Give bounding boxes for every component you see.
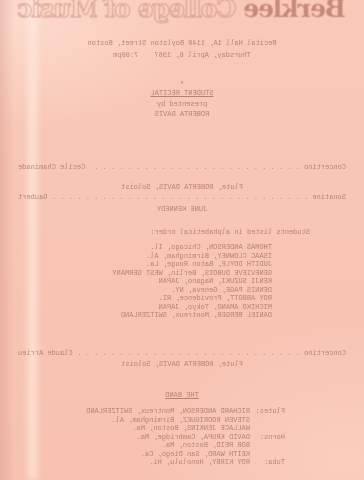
program-item-2: Sonatine . . . . . . . . . . . . . . . .…: [18, 194, 346, 203]
masthead-word-berklee: Berklee: [236, 0, 346, 23]
band-section-label: [250, 442, 285, 451]
band-section-label: Flutes:: [250, 408, 285, 417]
student-list-item: ROY ABBOTT, Providence, RI.: [112, 295, 272, 304]
presenter-name: ROBERTA DAVIS: [0, 111, 364, 120]
band-roster: Flutes: RICHARD ANDERSON, Montreux, SWIT…: [86, 408, 285, 468]
students-heading: Students listed in alphabetical order:: [150, 229, 310, 238]
address-line: Recital Hall 1A, 1140 Boylston Street, B…: [0, 40, 364, 49]
program-document: Berklee College of Music Recital Hall 1A…: [0, 0, 364, 480]
band-section-label: [250, 425, 285, 434]
piece-title-2: Sonatine: [312, 194, 346, 203]
program-item-1: Concertino . . . . . . . . . . . . . . .…: [18, 164, 346, 173]
scanned-page: Berklee College of Music Recital Hall 1A…: [0, 0, 364, 480]
composer-3: Claude Arrieu: [18, 350, 73, 359]
band-member-name: STEVEN RODRIGUEZ, Birmingham, Al.: [111, 417, 250, 426]
masthead: Berklee College of Music: [0, 5, 364, 14]
student-list-item: MICHIKO AMANO, Tokyo, JAPAN: [112, 304, 272, 313]
band-row: STEVEN RODRIGUEZ, Birmingham, Al.: [86, 417, 285, 426]
band-heading: THE BAND: [0, 392, 364, 401]
band-row: KEITH WARD, San Diego, Ca.: [86, 451, 285, 460]
band-member-name: ROY KIRBY, Honolulu, Hi.: [149, 459, 250, 468]
performer-line-1: Flute, ROBERTA DAVIS, Soloist: [0, 184, 364, 193]
student-list-item: THOMAS ANDERSON, Chicago, Il.: [112, 244, 272, 253]
student-list-item: GENEVIEVE DUBOIS, Berlin, WEST GERMANY: [112, 270, 272, 279]
band-member-name: WALLACE JENKINS, Boston, Ma.: [132, 425, 250, 434]
piece-title-3: Concertino: [304, 350, 346, 359]
student-list-item: JUDITH DOYLE, Baton Rouge, La.: [112, 261, 272, 270]
band-section-label: [250, 451, 285, 460]
program-item-3: Concertino . . . . . . . . . . . . . . .…: [18, 350, 346, 359]
students-list: THOMAS ANDERSON, Chicago, Il. ISAAC CLOW…: [112, 244, 272, 321]
composer-2: Gaubert: [18, 194, 47, 203]
masthead-word-college-of-music: College of Music: [18, 0, 236, 23]
band-section-label: Tuba:: [250, 459, 285, 468]
recital-title: STUDENT RECITAL: [0, 90, 364, 99]
band-member-name: BOB REID, Boston, Ma.: [162, 442, 250, 451]
band-section-label: Horns:: [250, 434, 285, 443]
dot-leader-1: . . . . . . . . . . . . . . . . . . . . …: [89, 164, 300, 173]
student-list-item: DANIEL BERGER, Montreux, SWITZERLAND: [112, 312, 272, 321]
date-text: Thursday, April 6, 1967: [154, 52, 251, 60]
performer-line-3: Flute, ROBERTA DAVIS, Soloist: [0, 361, 364, 370]
time-text: 7:00pm: [113, 52, 138, 60]
band-section-label: [250, 417, 285, 426]
student-list-item: ISAAC CLOWNEY, Birmingham, Al.: [112, 253, 272, 262]
composer-1: Cecile Chaminade: [18, 164, 85, 173]
performer-line-2: JUNE KENNEDY: [0, 206, 364, 215]
band-member-name: KEITH WARD, San Diego, Ca.: [141, 451, 250, 460]
band-row: WALLACE JENKINS, Boston, Ma.: [86, 425, 285, 434]
student-list-item: KENJI SUZUKI, Nagano, JAPAN: [112, 278, 272, 287]
piece-title-1: Concertino: [304, 164, 346, 173]
presented-by-text: presented by: [0, 101, 364, 110]
band-row: Flutes: RICHARD ANDERSON, Montreux, SWIT…: [86, 408, 285, 417]
mirrored-showthrough-layer: Berklee College of Music Recital Hall 1A…: [0, 0, 364, 480]
date-time-line: Thursday, April 6, 19677:00pm: [0, 52, 364, 61]
student-list-item: DENNIS PAGE, Geneva, NY.: [112, 287, 272, 296]
dot-leader-3: . . . . . . . . . . . . . . . . . . . . …: [77, 350, 300, 359]
band-member-name: RICHARD ANDERSON, Montreux, SWITZERLAND: [86, 408, 250, 417]
dot-leader-2: . . . . . . . . . . . . . . . . . . . . …: [51, 194, 308, 203]
band-row: Tuba: ROY KIRBY, Honolulu, Hi.: [86, 459, 285, 468]
band-row: BOB REID, Boston, Ma.: [86, 442, 285, 451]
band-member-name: DAVID KRUPA, Cambridge, Ma.: [137, 434, 250, 443]
band-row: Horns: DAVID KRUPA, Cambridge, Ma.: [86, 434, 285, 443]
